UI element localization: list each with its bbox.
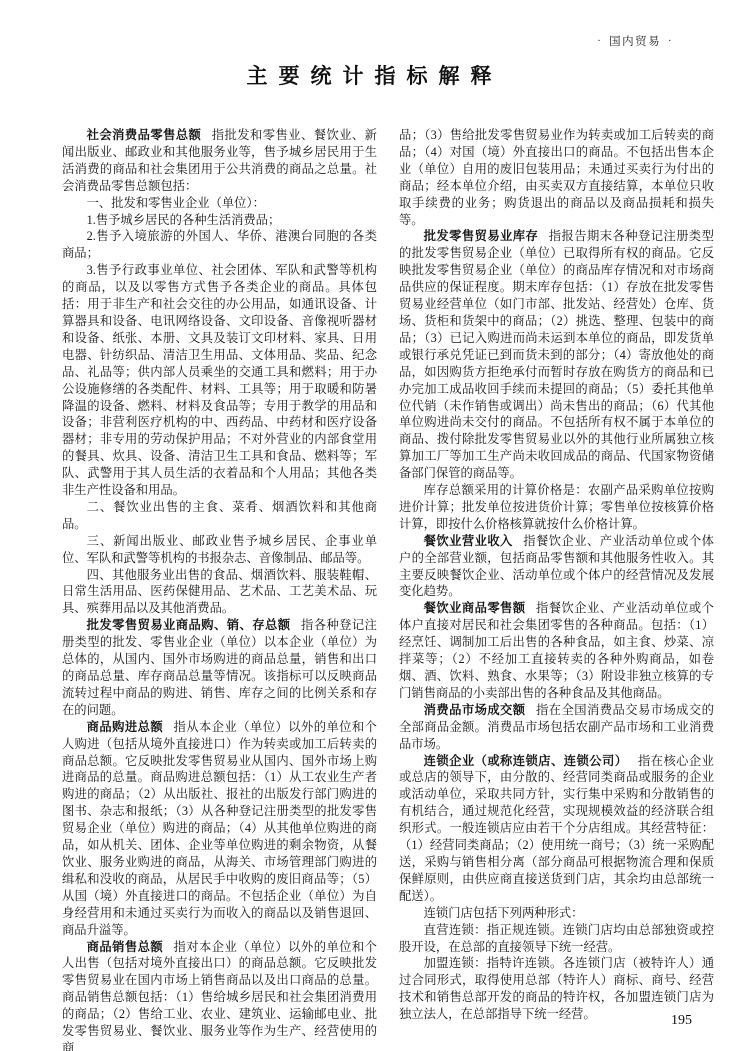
- paragraph: 直营连锁：指正规连锁。连锁门店均由总部独资或控股开设，在总部的直接领导下统一经营…: [399, 922, 714, 956]
- paragraph-text: 指从本企业（单位）以外的单位和个人购进（包括从境外直接进口）作为转卖或加工后转卖…: [62, 720, 377, 937]
- text-columns: 社会消费品零售总额指批发和零售业、餐饮业、新闻出版业、邮政业和其他服务业等，售予…: [0, 127, 738, 1051]
- document-page: { "header": { "dot": "·", "category": "国…: [0, 0, 738, 1051]
- paragraph: 社会消费品零售总额指批发和零售业、餐饮业、新闻出版业、邮政业和其他服务业等，售予…: [62, 127, 377, 195]
- paragraph: 二、餐饮业出售的主食、菜肴、烟酒饮料和其他商品。: [62, 499, 377, 533]
- right-column: 品；（3）售给批发零售贸易业作为转卖或加工后转卖的商品；（4）对国（境）外直接出…: [399, 127, 714, 1051]
- paragraph: 消费品市场成交额指在全国消费品交易市场成交的全部商品金额。消费品市场包括农副产品…: [399, 702, 714, 753]
- paragraph: 连锁企业（或称连锁店、连锁公司）指在核心企业或总店的领导下，由分散的、经营同类商…: [399, 753, 714, 905]
- paragraph-text: 一、批发和零售业企业（单位）：: [87, 196, 265, 210]
- paragraph-text: 2.售予入境旅游的外国人、华侨、港澳台同胞的各类商品；: [62, 229, 377, 260]
- paragraph-text: 3.售予行政事业单位、社会团体、军队和武警等机构的商品，以及以零售方式售予各类企…: [62, 263, 377, 497]
- term-label: 社会消费品零售总额: [87, 128, 202, 142]
- paragraph: 3.售予行政事业单位、社会团体、军队和武警等机构的商品，以及以零售方式售予各类企…: [62, 262, 377, 499]
- paragraph-text: 指在核心企业或总店的领导下，由分散的、经营同类商品或服务的企业或活动单位，采取共…: [399, 754, 714, 903]
- term-label: 商品购进总额: [87, 720, 163, 734]
- term-label: 餐饮业商品零售额: [424, 601, 526, 615]
- paragraph-text: 加盟连锁：指特许连锁。各连锁门店（被特许人）通过合同形式，取得使用总部（特许人）…: [399, 956, 714, 1021]
- paragraph: 加盟连锁：指特许连锁。各连锁门店（被特许人）通过合同形式，取得使用总部（特许人）…: [399, 955, 714, 1023]
- paragraph-text: 直营连锁：指正规连锁。连锁门店均由总部独资或控股开设，在总部的直接领导下统一经营…: [399, 923, 714, 954]
- paragraph-text: 品；（3）售给批发零售贸易业作为转卖或加工后转卖的商品；（4）对国（境）外直接出…: [399, 128, 714, 227]
- header-dot-right: ·: [668, 36, 673, 47]
- paragraph-text: 库存总额采用的计算价格是：农副产品采购单位按购进价计算；批发单位按进货价计算；零…: [399, 483, 714, 531]
- paragraph-text: 指餐饮企业、产业活动单位或个体户直接对居民和社会集团零售的各种商品。包括：（1）…: [399, 601, 714, 700]
- term-label: 批发零售贸易业商品购、销、存总额: [87, 618, 291, 632]
- paragraph-text: 连锁门店包括下列两种形式：: [424, 906, 584, 920]
- paragraph-text: 四、其他服务业出售的食品、烟酒饮料、服装鞋帽、日常生活用品、医药保健用品、艺术品…: [62, 568, 377, 616]
- category-label: 国内贸易: [609, 36, 661, 48]
- paragraph-text: 指各种登记注册类型的批发、零售业企业（单位）以本企业（单位）为总体的，从国内、国…: [62, 618, 377, 717]
- paragraph: 批发零售贸易业库存指报告期末各种登记注册类型的批发零售贸易企业（单位）已取得所有…: [399, 228, 714, 482]
- paragraph-text: 指对本企业（单位）以外的单位和个人出售（包括对境外直接出口）的商品总额。它反映批…: [62, 940, 377, 1051]
- header-dot-left: ·: [597, 36, 602, 47]
- term-label: 消费品市场成交额: [424, 703, 526, 717]
- paragraph: 商品销售总额指对本企业（单位）以外的单位和个人出售（包括对境外直接出口）的商品总…: [62, 939, 377, 1051]
- left-column: 社会消费品零售总额指批发和零售业、餐饮业、新闻出版业、邮政业和其他服务业等，售予…: [62, 127, 377, 1051]
- term-label: 餐饮业营业收入: [424, 534, 513, 548]
- paragraph: 批发零售贸易业商品购、销、存总额指各种登记注册类型的批发、零售业企业（单位）以本…: [62, 617, 377, 718]
- paragraph-text: 1.售予城乡居民的各种生活消费品；: [87, 213, 281, 227]
- paragraph: 连锁门店包括下列两种形式：: [399, 905, 714, 922]
- term-label: 连锁企业（或称连锁店、连锁公司）: [424, 754, 628, 768]
- paragraph: 餐饮业营业收入指餐饮企业、产业活动单位或个体户的全部营业额，包括商品零售额和其他…: [399, 533, 714, 601]
- paragraph: 库存总额采用的计算价格是：农副产品采购单位按购进价计算；批发单位按进货价计算；零…: [399, 482, 714, 533]
- paragraph: 商品购进总额指从本企业（单位）以外的单位和个人购进（包括从境外直接进口）作为转卖…: [62, 719, 377, 939]
- paragraph-text: 三、新闻出版业、邮政业售予城乡居民、企事业单位、军队和武警等机构的书报杂志、音像…: [62, 534, 377, 565]
- paragraph: 四、其他服务业出售的食品、烟酒饮料、服装鞋帽、日常生活用品、医药保健用品、艺术品…: [62, 567, 377, 618]
- paragraph: 餐饮业商品零售额指餐饮企业、产业活动单位或个体户直接对居民和社会集团零售的各种商…: [399, 600, 714, 701]
- paragraph: 品；（3）售给批发零售贸易业作为转卖或加工后转卖的商品；（4）对国（境）外直接出…: [399, 127, 714, 228]
- paragraph: 三、新闻出版业、邮政业售予城乡居民、企事业单位、军队和武警等机构的书报杂志、音像…: [62, 533, 377, 567]
- paragraph: 一、批发和零售业企业（单位）：: [62, 195, 377, 212]
- term-label: 商品销售总额: [87, 940, 163, 954]
- paragraph: 1.售予城乡居民的各种生活消费品；: [62, 212, 377, 229]
- page-number: 195: [671, 1013, 692, 1029]
- paragraph: 2.售予入境旅游的外国人、华侨、港澳台同胞的各类商品；: [62, 228, 377, 262]
- term-label: 批发零售贸易业库存: [424, 229, 539, 243]
- paragraph-text: 二、餐饮业出售的主食、菜肴、烟酒饮料和其他商品。: [62, 500, 377, 531]
- page-header: ·国内贸易·: [590, 33, 680, 49]
- paragraph-text: 指报告期末各种登记注册类型的批发零售贸易企业（单位）已取得所有权的商品。它反映批…: [399, 229, 714, 480]
